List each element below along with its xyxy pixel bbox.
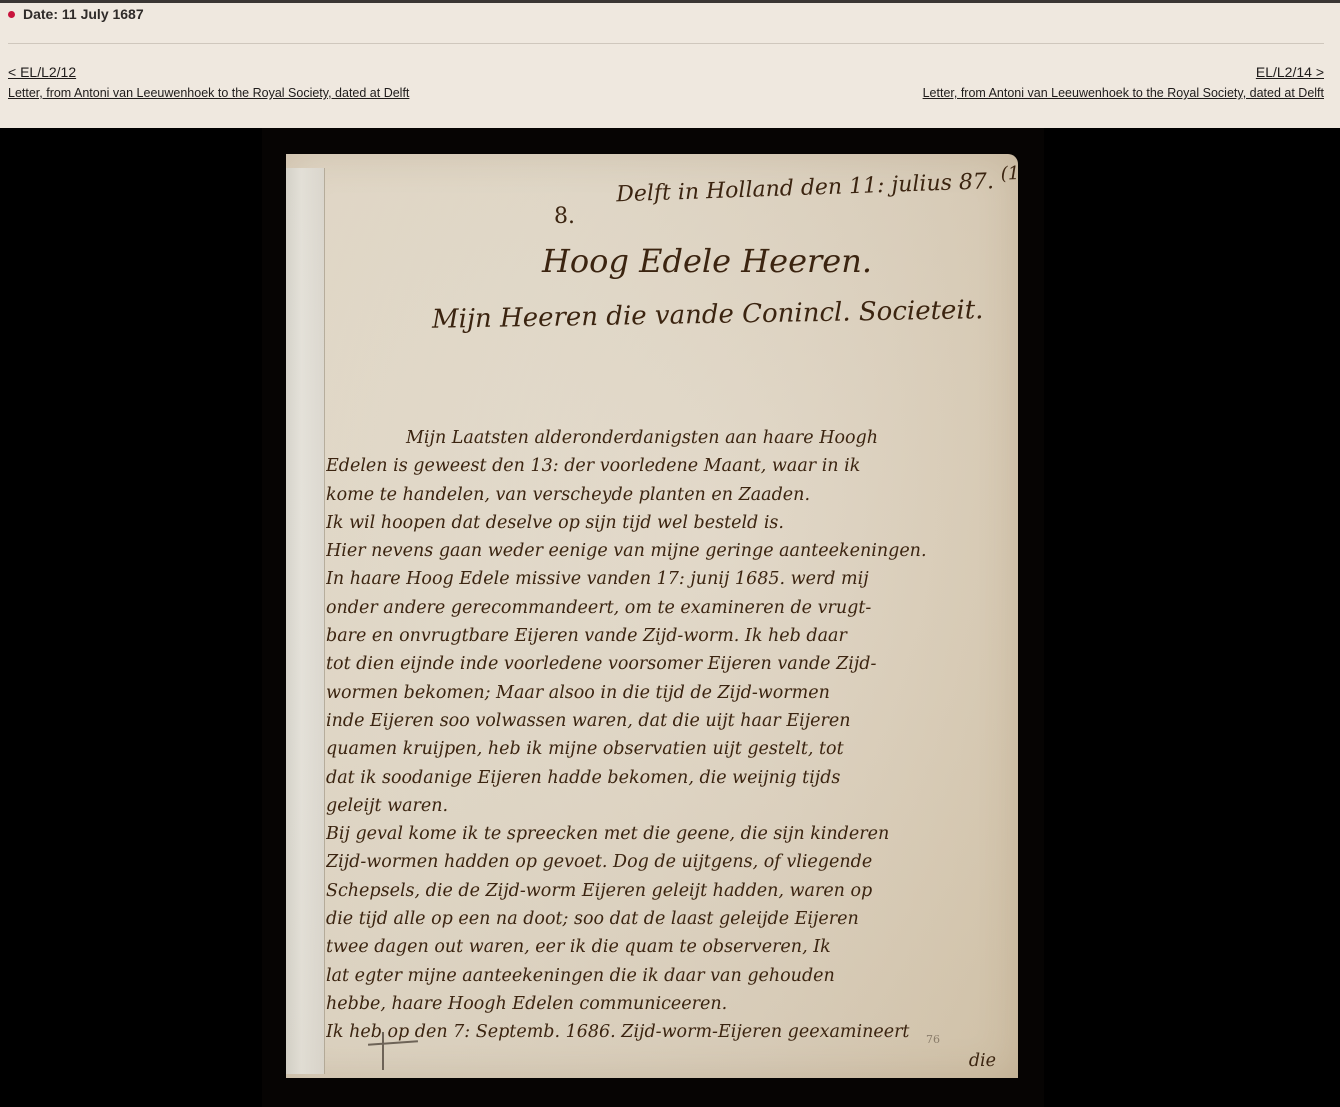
next-record-nav: EL/L2/14 > Letter, from Antoni van Leeuw… [923, 64, 1324, 102]
date-field: Date: 11 July 1687 [8, 6, 144, 22]
manuscript-line: twee dagen out waren, eer ik die quam te… [326, 933, 1016, 961]
record-metadata-panel: Date: 11 July 1687 < EL/L2/12 Letter, fr… [0, 3, 1340, 128]
previous-record-nav: < EL/L2/12 Letter, from Antoni van Leeuw… [8, 64, 409, 102]
manuscript-line: Schepsels, die de Zijd-worm Eijeren gele… [326, 877, 1016, 905]
divider [8, 43, 1324, 44]
manuscript-line: Bij geval kome ik te spreecken met die g… [326, 820, 1016, 848]
dateline-text: Delft in Holland den 11: julius 87. [616, 169, 995, 207]
previous-record-title-link[interactable]: Letter, from Antoni van Leeuwenhoek to t… [8, 85, 409, 102]
folio-number: 76 [926, 1033, 940, 1046]
pencil-cross-mark-icon [368, 1032, 418, 1072]
manuscript-line: Ik wil hoopen dat deselve op sijn tijd w… [326, 509, 1016, 537]
manuscript-line: inde Eijeren soo volwassen waren, dat di… [326, 707, 1016, 735]
manuscript-number: 8. [554, 204, 575, 229]
manuscript-address: Mijn Heeren die vande Conincl. Societeit… [432, 295, 984, 335]
manuscript-line: quamen kruijpen, heb ik mijne observatie… [326, 735, 1016, 763]
manuscript-line: kome te handelen, van verscheyde planten… [326, 481, 1016, 509]
manuscript-line: geleijt waren. [326, 792, 1016, 820]
previous-record-ref-link[interactable]: < EL/L2/12 [8, 64, 409, 81]
manuscript-dateline: Delft in Holland den 11: julius 87. (1 [616, 163, 1021, 207]
manuscript-line: In haare Hoog Edele missive vanden 17: j… [326, 565, 1016, 593]
manuscript-salutation: Hoog Edele Heeren. [542, 242, 872, 280]
manuscript-line: dat ik soodanige Eijeren hadde bekomen, … [326, 764, 1016, 792]
manuscript-line: hebbe, haare Hoogh Edelen communiceeren. [326, 990, 1016, 1018]
manuscript-line: Zijd-wormen hadden op gevoet. Dog de uij… [326, 848, 1016, 876]
manuscript-line: Ik heb op den 7: Septemb. 1686. Zijd-wor… [326, 1018, 1016, 1046]
bullet-dot-icon [8, 11, 15, 18]
corner-mark: (1 [1000, 163, 1020, 185]
manuscript-line: bare en onvrugtbare Eijeren vande Zijd-w… [326, 622, 1016, 650]
manuscript-line: lat egter mijne aanteekeningen die ik da… [326, 962, 1016, 990]
manuscript-page: Delft in Holland den 11: julius 87. (1 8… [286, 154, 1018, 1078]
image-viewer[interactable]: Delft in Holland den 11: julius 87. (1 8… [0, 128, 1340, 1107]
manuscript-line: Edelen is geweest den 13: der voorledene… [326, 452, 1016, 480]
manuscript-line: Mijn Laatsten alderonderdanigsten aan ha… [326, 424, 1016, 452]
manuscript-line: die [326, 1047, 1016, 1075]
manuscript-body: Mijn Laatsten alderonderdanigsten aan ha… [326, 424, 1016, 1075]
next-record-ref-link[interactable]: EL/L2/14 > [923, 64, 1324, 81]
page-binding-strip [286, 168, 325, 1074]
manuscript-line: tot dien eijnde inde voorledene voorsome… [326, 650, 1016, 678]
manuscript-line: die tijd alle op een na doot; soo dat de… [326, 905, 1016, 933]
next-record-title-link[interactable]: Letter, from Antoni van Leeuwenhoek to t… [923, 85, 1324, 102]
manuscript-line: wormen bekomen; Maar alsoo in die tijd d… [326, 679, 1016, 707]
date-label: Date: 11 July 1687 [23, 6, 144, 22]
manuscript-line: onder andere gerecommandeert, om te exam… [326, 594, 1016, 622]
manuscript-line: Hier nevens gaan weder eenige van mijne … [326, 537, 1016, 565]
